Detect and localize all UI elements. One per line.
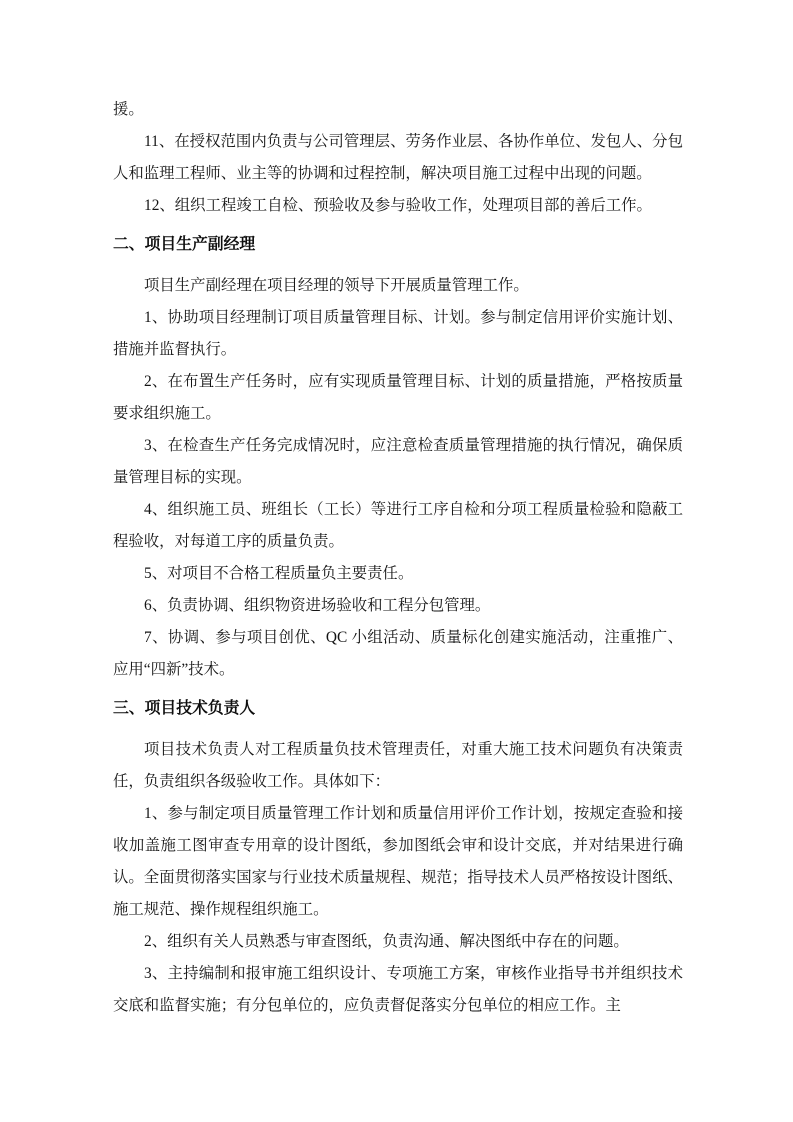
paragraph: 项目生产副经理在项目经理的领导下开展质量管理工作。: [113, 270, 683, 302]
paragraph: 3、在检查生产任务完成情况时，应注意检查质量管理措施的执行情况，确保质量管理目标…: [113, 430, 683, 494]
paragraph: 2、在布置生产任务时，应有实现质量管理目标、计划的质量措施，严格按质量要求组织施…: [113, 366, 683, 430]
section-heading: 二、项目生产副经理: [113, 229, 683, 261]
document-page: 援。11、在授权范围内负责与公司管理层、劳务作业层、各协作单位、发包人、分包人和…: [0, 0, 793, 1122]
paragraph: 11、在授权范围内负责与公司管理层、劳务作业层、各协作单位、发包人、分包人和监理…: [113, 126, 683, 190]
paragraph: 2、组织有关人员熟悉与审查图纸，负责沟通、解决图纸中存在的问题。: [113, 926, 683, 958]
paragraph: 1、参与制定项目质量管理工作计划和质量信用评价工作计划，按规定查验和接收加盖施工…: [113, 798, 683, 926]
document-content: 援。11、在授权范围内负责与公司管理层、劳务作业层、各协作单位、发包人、分包人和…: [113, 0, 683, 1022]
paragraph: 项目技术负责人对工程质量负技术管理责任，对重大施工技术问题负有决策责任，负责组织…: [113, 734, 683, 798]
paragraph: 7、协调、参与项目创优、QC 小组活动、质量标化创建实施活动，注重推广、应用“四…: [113, 622, 683, 686]
paragraph: 6、负责协调、组织物资进场验收和工程分包管理。: [113, 590, 683, 622]
paragraph: 3、主持编制和报审施工组织设计、专项施工方案，审核作业指导书并组织技术交底和监督…: [113, 958, 683, 1022]
section-heading: 三、项目技术负责人: [113, 693, 683, 725]
paragraph: 援。: [113, 94, 683, 126]
paragraph: 12、组织工程竣工自检、预验收及参与验收工作，处理项目部的善后工作。: [113, 190, 683, 222]
paragraph: 5、对项目不合格工程质量负主要责任。: [113, 558, 683, 590]
paragraph: 4、组织施工员、班组长（工长）等进行工序自检和分项工程质量检验和隐蔽工程验收，对…: [113, 494, 683, 558]
paragraph: 1、协助项目经理制订项目质量管理目标、计划。参与制定信用评价实施计划、措施并监督…: [113, 302, 683, 366]
